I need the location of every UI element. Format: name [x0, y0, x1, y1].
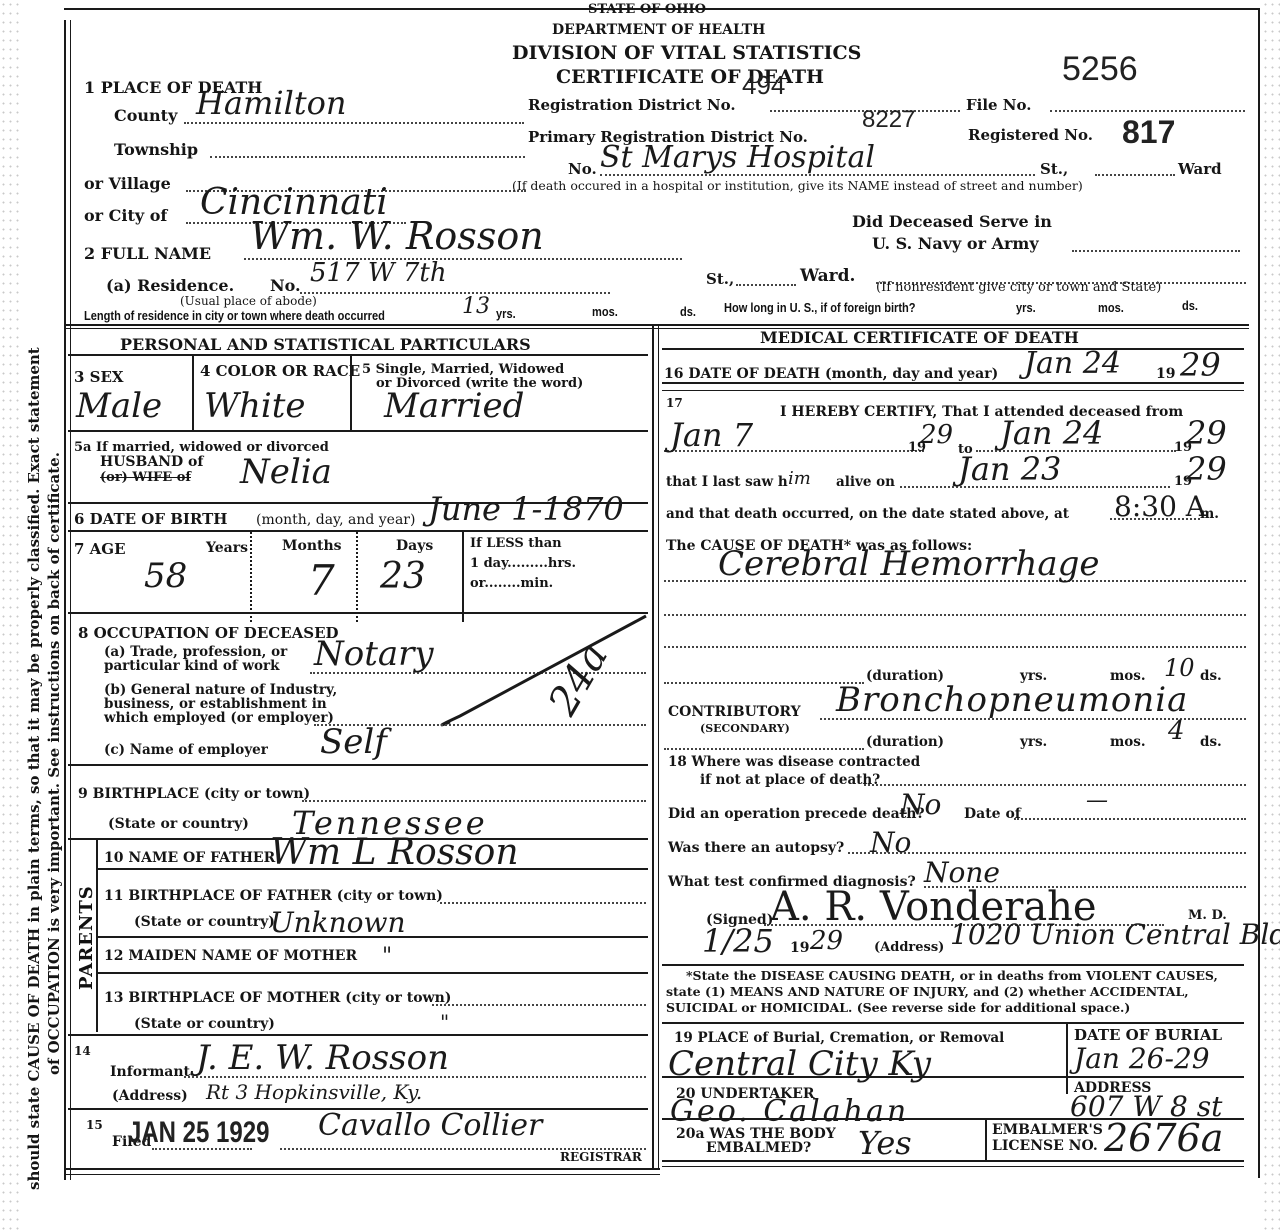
mother-birthplace-label: 13 BIRTHPLACE OF MOTHER (city or town): [104, 990, 451, 1006]
occ-a-label-2: particular kind of work: [104, 658, 279, 674]
occ-c-label: (c) Name of employer: [104, 742, 268, 758]
last-saw-pronoun: im: [788, 468, 811, 489]
scan-noise-left: [0, 0, 22, 1231]
foreign-birth-label: How long in U. S., if of foreign birth?: [724, 300, 916, 315]
dob-label: 6 DATE OF BIRTH: [74, 510, 227, 528]
dod-row-rule-2: [662, 390, 1244, 391]
contributory-value: Bronchopneumonia: [836, 680, 1188, 720]
village-label: or Village: [84, 174, 171, 193]
registration-district-label: Registration District No.: [528, 96, 736, 114]
years-label: Years: [206, 540, 248, 556]
last-saw-year: 29: [1186, 450, 1227, 488]
residence-street-label: St.,: [706, 270, 734, 288]
file-number-value: 5256: [1062, 50, 1138, 89]
burial-date-divider: [1066, 1024, 1068, 1094]
center-divider: [652, 326, 654, 1168]
footnote-line-2: state (1) MEANS AND NATURE OF INJURY, an…: [666, 984, 1189, 999]
scan-noise-right: [1262, 0, 1280, 1231]
full-name-label: 2 FULL NAME: [84, 244, 211, 263]
residence-ward-dots: [736, 284, 796, 286]
contrib-duration-label: (duration): [866, 734, 944, 750]
dod-row-rule: [662, 382, 1244, 384]
informant-address-value: Rt 3 Hopkinsville, Ky.: [206, 1080, 422, 1104]
cause-dots-3: [664, 646, 1246, 648]
signed-year-value: 29: [810, 926, 843, 956]
military-label-2: U. S. Navy or Army: [872, 234, 1039, 253]
contrib-duration-yrs: yrs.: [1020, 734, 1047, 750]
license-value: 2676a: [1104, 1116, 1223, 1160]
sex-label: 3 SEX: [74, 368, 124, 386]
medical-title-rule: [662, 348, 1244, 350]
contracted-label-2: if not at place of death?: [700, 772, 880, 788]
mother-birthplace-dots: [432, 1004, 646, 1006]
city-label: or City of: [84, 206, 167, 225]
dob-value: June 1-1870: [428, 490, 624, 528]
cause-duration-ds: ds.: [1200, 668, 1222, 684]
hospital-note: (If death occured in a hospital or insti…: [512, 178, 1083, 193]
side-note-line2: of OCCUPATION is very important. See ins…: [45, 452, 63, 1075]
embalmed-label-2: EMBALMED?: [706, 1140, 811, 1156]
residence-label: (a) Residence.: [106, 276, 234, 295]
last-saw-label: that I last saw h: [666, 474, 788, 490]
less-label-3: or........min.: [470, 576, 553, 591]
length-ds-label: ds.: [680, 304, 696, 319]
contributory-label: CONTRIBUTORY: [668, 704, 801, 720]
father-birthplace-dots: [440, 902, 646, 904]
birthplace-state-label: (State or country): [108, 816, 249, 832]
occupation-value: Notary: [314, 634, 434, 674]
autopsy-label: Was there an autopsy?: [668, 840, 844, 856]
personal-section-title: PERSONAL AND STATISTICAL PARTICULARS: [120, 335, 531, 354]
attended-from-year: 29: [920, 420, 953, 450]
registered-number-value: 817: [1122, 114, 1175, 151]
side-note-line1: should state CAUSE OF DEATH in plain ter…: [25, 347, 43, 1190]
primary-registration-value: 8227: [862, 106, 915, 134]
signed-year-prefix: 19: [790, 940, 809, 956]
informant-value: J. E. W. Rosson: [196, 1038, 449, 1078]
file-number-label: File No.: [966, 96, 1032, 114]
contrib-duration-days-value: 4: [1168, 716, 1185, 746]
death-time-label: and that death occurred, on the date sta…: [666, 506, 1069, 522]
filed-number: 15: [86, 1118, 103, 1132]
license-row-rule-2: [662, 1166, 1244, 1167]
residence-dots: [300, 292, 610, 294]
county-value: Hamilton: [196, 84, 347, 122]
father-name-value: Wm L Rosson: [270, 832, 519, 873]
length-residence-years: 13: [462, 294, 490, 319]
file-number-dots: [1050, 110, 1245, 112]
mother-row-rule: [98, 972, 648, 974]
county-dots: [184, 122, 524, 124]
parents-side-label: PARENTS: [76, 885, 97, 990]
age-months-value: 7: [308, 556, 335, 605]
license-label-1: EMBALMER'S: [992, 1122, 1103, 1138]
contracted-dots: [864, 784, 1246, 786]
operation-label: Did an operation precede death?: [668, 806, 925, 822]
dod-century: 19: [1156, 366, 1175, 382]
residence-no-label: No.: [270, 276, 301, 295]
mother-name-value: ": [382, 944, 392, 969]
father-birthplace-value: Unknown: [270, 906, 406, 939]
autopsy-value: No: [870, 826, 911, 859]
registrar-label: REGISTRAR: [560, 1150, 642, 1164]
divider-top-section: [64, 324, 1249, 326]
marital-value: Married: [384, 386, 524, 426]
military-label-1: Did Deceased Serve in: [852, 212, 1052, 231]
outer-border-bottom-2: [64, 1174, 660, 1175]
death-time-suffix: m.: [1200, 506, 1219, 522]
physician-address-label: (Address): [874, 940, 944, 955]
footnote-line-1: *State the DISEASE CAUSING DEATH, or in …: [686, 968, 1218, 983]
operation-date-value: —: [1086, 788, 1108, 813]
dod-value: Jan 24: [1024, 346, 1121, 381]
full-name-value: Wm. W. Rosson: [250, 214, 544, 258]
footnote-row-rule: [662, 1022, 1244, 1024]
department-title: DEPARTMENT OF HEALTH: [552, 22, 765, 38]
race-label: 4 COLOR OR RACE: [200, 362, 360, 380]
operation-date-label: Date of: [964, 806, 1021, 822]
age-label: 7 AGE: [74, 540, 126, 558]
license-row-rule: [662, 1160, 1244, 1162]
attended-to-value: Jan 24: [1000, 414, 1103, 452]
physician-address-value: 1020 Union Central Bldg: [950, 918, 1280, 951]
dod-label: 16 DATE OF DEATH (month, day and year): [664, 366, 998, 382]
cause-duration-dots: [664, 682, 864, 684]
occupation-label: 8 OCCUPATION OF DECEASED: [78, 624, 339, 642]
outer-border-bottom: [64, 1168, 660, 1170]
burial-place-value: Central City Ky: [668, 1044, 931, 1084]
length-yrs-label: yrs.: [496, 306, 516, 321]
dob-row-rule: [68, 530, 648, 532]
filed-date-stamp: JAN 25 1929: [128, 1116, 269, 1150]
father-bp-row-rule: [98, 936, 648, 938]
age-years-divider: [250, 532, 252, 622]
father-birthplace-state-label: (State or country): [134, 914, 275, 930]
occupation-code-slash: [420, 612, 650, 732]
secondary-label: (SECONDARY): [700, 722, 790, 735]
operation-date-dots: [1014, 818, 1246, 820]
abode-note: (Usual place of abode): [180, 294, 317, 308]
state-title: STATE OF OHIO: [588, 2, 706, 17]
length-residence-label: Length of residence in city or town wher…: [84, 308, 385, 323]
ward-dots: [1095, 174, 1175, 176]
informant-address-label: (Address): [112, 1088, 188, 1104]
occ-b-label-3: which employed (or employer): [104, 710, 334, 726]
sex-race-divider: [192, 356, 194, 430]
registrar-signature: Cavallo Collier: [318, 1108, 542, 1143]
father-birthplace-label: 11 BIRTHPLACE OF FATHER (city or town): [104, 888, 443, 904]
dob-sub-label: (month, day, and year): [256, 512, 415, 528]
length-mos-label: mos.: [592, 304, 618, 319]
certify-text: I HEREBY CERTIFY, That I attended deceas…: [780, 404, 1183, 420]
license-label-2: LICENSE NO.: [992, 1138, 1098, 1154]
occupation-row-rule: [68, 764, 648, 766]
days-label: Days: [396, 538, 433, 554]
father-name-label: 10 NAME OF FATHER: [104, 850, 275, 866]
division-title: DIVISION OF VITAL STATISTICS: [512, 42, 861, 64]
alive-on-label: alive on: [836, 474, 895, 490]
center-divider-2: [658, 326, 659, 1168]
burial-place-row-rule: [662, 1076, 1244, 1078]
age-months-divider: [356, 532, 358, 622]
mother-name-label: 12 MAIDEN NAME OF MOTHER: [104, 948, 357, 964]
sex-value: Male: [76, 386, 162, 426]
birthplace-label: 9 BIRTHPLACE (city or town): [78, 786, 310, 802]
race-value: White: [204, 386, 306, 426]
informant-number: 14: [74, 1044, 91, 1058]
birthplace-dots: [302, 800, 646, 802]
signed-date-value: 1/25: [702, 922, 774, 960]
item-17-number: 17: [666, 396, 683, 410]
embalmed-value: Yes: [858, 1124, 912, 1162]
outer-border-left: [64, 20, 66, 1180]
hospital-value: St Marys Hospital: [600, 140, 875, 175]
contrib-duration-dots: [664, 748, 864, 750]
hospital-no-label: No.: [568, 160, 597, 178]
attended-from-value: Jan 7: [670, 416, 753, 454]
father-row-rule: [98, 868, 648, 870]
age-days-value: 23: [380, 556, 426, 597]
contrib-duration-ds: ds.: [1200, 734, 1222, 750]
cause-dots-2: [664, 614, 1246, 616]
license-divider: [985, 1120, 987, 1162]
nonresident-note: (If nonresident give city or town and St…: [876, 280, 1161, 295]
informant-label: Informant: [110, 1064, 190, 1080]
marital-label-1: 5 Single, Married, Widowed: [362, 362, 564, 377]
months-label: Months: [282, 538, 342, 554]
age-years-value: 58: [144, 556, 187, 596]
sex-row-rule: [68, 430, 648, 432]
less-label-1: If LESS than: [470, 536, 562, 551]
foreign-ds-label: ds.: [1182, 298, 1198, 313]
less-label-2: 1 day.........hrs.: [470, 556, 576, 571]
township-dots: [210, 156, 525, 158]
death-time-value: 8:30 A: [1114, 490, 1206, 523]
signature-row-rule: [662, 964, 1244, 966]
township-label: Township: [114, 140, 198, 159]
employer-value: Self: [320, 722, 387, 762]
spouse-label-2: HUSBAND of: [100, 454, 203, 470]
dod-year: 29: [1180, 346, 1221, 384]
personal-title-rule: [68, 354, 648, 356]
street-label: St.,: [1040, 160, 1068, 178]
last-saw-value: Jan 23: [958, 450, 1061, 488]
registered-number-label: Registered No.: [968, 126, 1093, 144]
mother-birthplace-state-label: (State or country): [134, 1016, 275, 1032]
residence-value: 517 W 7th: [310, 258, 447, 288]
age-days-divider: [462, 532, 464, 622]
residence-ward-label: Ward.: [800, 266, 855, 286]
race-marital-divider: [350, 356, 352, 430]
spouse-label-3: (or) WIFE of: [100, 470, 191, 485]
ward-label: Ward: [1178, 160, 1222, 178]
foreign-mos-label: mos.: [1098, 300, 1124, 315]
footnote-line-3: SUICIDAL or HOMICIDAL. (See reverse side…: [666, 1000, 1130, 1015]
operation-value: No: [900, 788, 941, 821]
cause-of-death-value: Cerebral Hemorrhage: [718, 544, 1100, 584]
mother-birthplace-value: ": [440, 1010, 449, 1034]
outer-border-right: [1258, 8, 1260, 1178]
spouse-value: Nelia: [240, 452, 332, 492]
cause-duration-days-value: 10: [1164, 654, 1195, 682]
foreign-yrs-label: yrs.: [1016, 300, 1036, 315]
county-label: County: [114, 106, 177, 125]
burial-date-value: Jan 26-29: [1074, 1042, 1210, 1075]
outer-border-left-inner: [70, 20, 71, 1180]
contrib-duration-mos: mos.: [1110, 734, 1146, 750]
medical-section-title: MEDICAL CERTIFICATE OF DEATH: [760, 328, 1079, 347]
attended-to-year: 29: [1186, 414, 1227, 452]
registration-district-value: 494: [742, 70, 785, 101]
military-dots: [1072, 250, 1240, 252]
mother-bp-row-rule: [68, 1034, 648, 1036]
contracted-label-1: 18 Where was disease contracted: [668, 754, 920, 770]
